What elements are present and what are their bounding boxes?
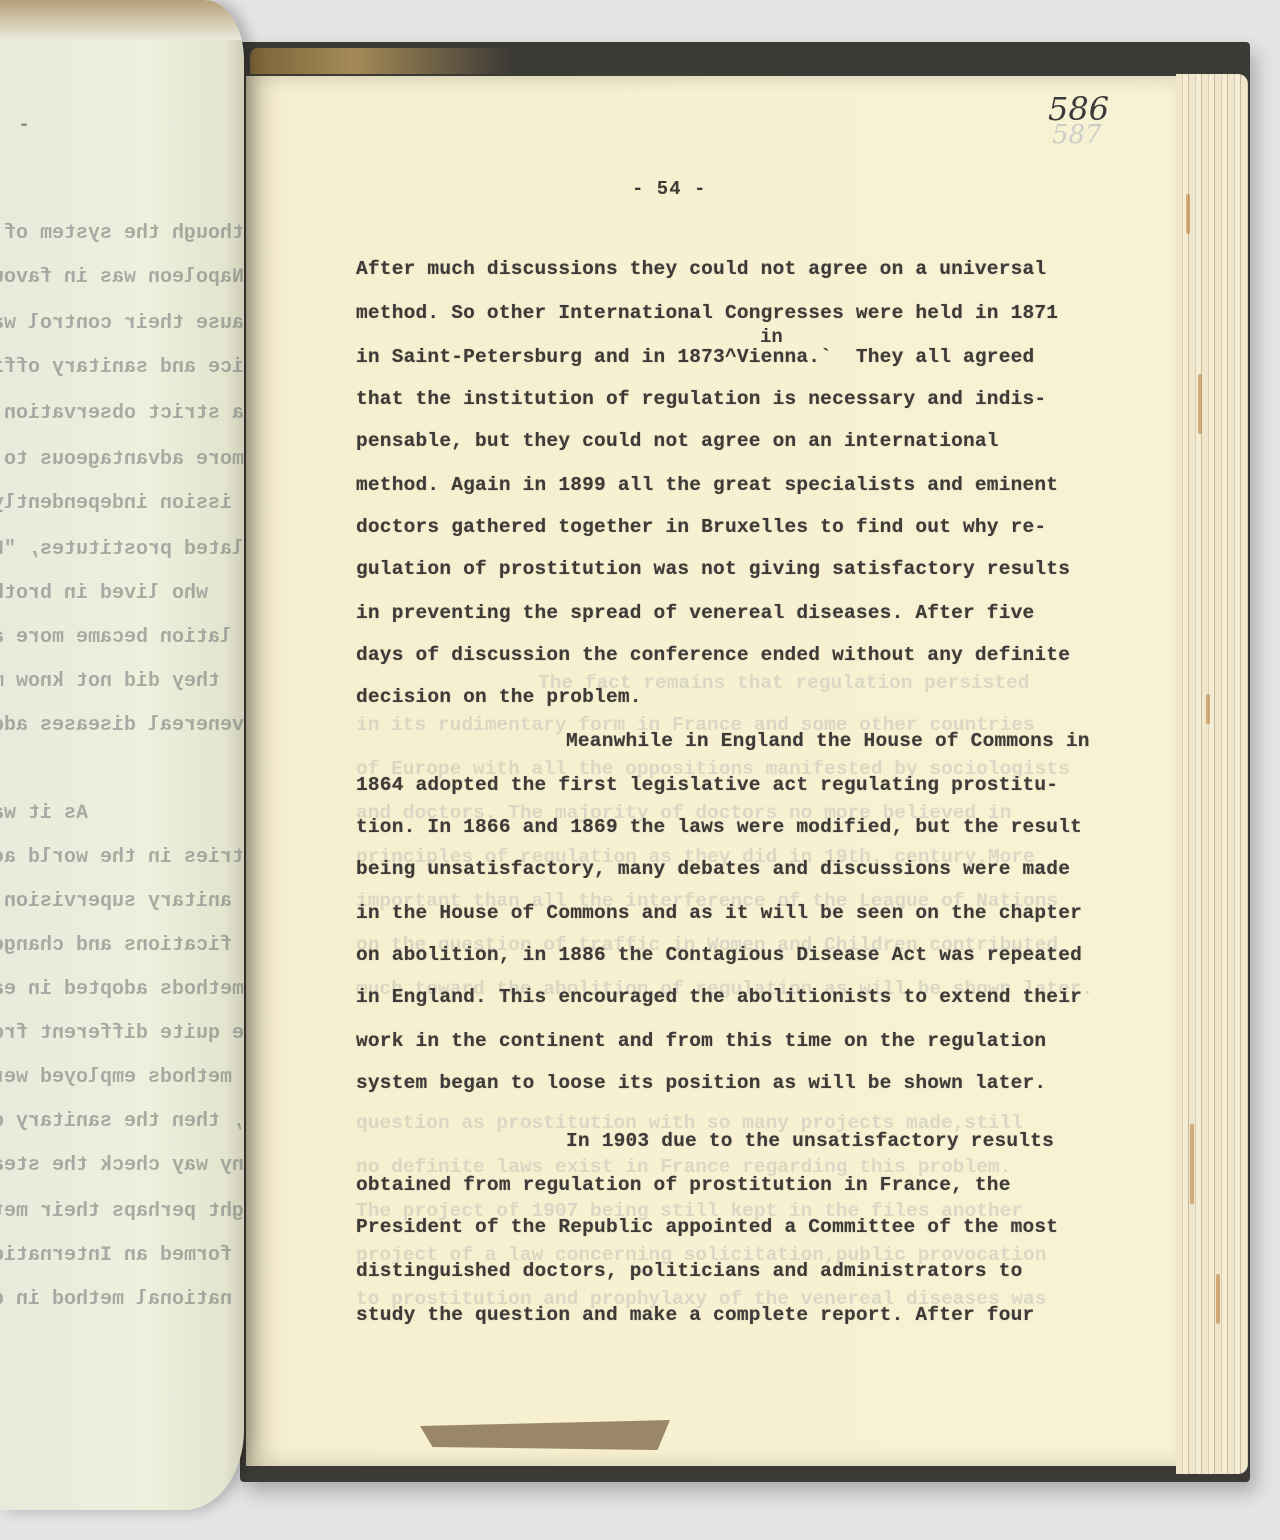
text-line: in Saint-Petersburg and in 1873^Vienna.`… (356, 346, 1034, 368)
text-line: on abolition, in 1886 the Contagious Dis… (356, 944, 1082, 966)
text-line: After much discussions they could not ag… (356, 258, 1046, 280)
text-line: tion. In 1866 and 1869 the laws were mod… (356, 816, 1082, 838)
text-line: in England. This encouraged the abolitio… (356, 986, 1082, 1008)
text-line: method. Again in 1899 all the great spec… (356, 474, 1058, 496)
text-line: pensable, but they could not agree on an… (356, 430, 999, 452)
text-line: distinguished doctors, politicians and a… (356, 1260, 1023, 1282)
torn-binding-top (250, 48, 510, 74)
text-line: work in the continent and from this time… (356, 1030, 1046, 1052)
left-page-top-edge (0, 0, 244, 40)
text-line: method. So other International Congresse… (356, 302, 1058, 324)
text-line: decision on the problem. (356, 686, 642, 708)
left-page: - though the system of " Napoleon was in… (0, 0, 244, 1510)
text-line: In 1903 due to the unsatisfactory result… (566, 1130, 1054, 1152)
text-line: study the question and make a complete r… (356, 1304, 1034, 1326)
text-line: that the institution of regulation is ne… (356, 388, 1046, 410)
text-line: obtained from regulation of prostitution… (356, 1174, 1011, 1196)
left-page-dash: - (18, 114, 30, 137)
typed-page-number: - 54 - (632, 178, 706, 200)
text-line: Meanwhile in England the House of Common… (566, 730, 1090, 752)
text-line: in preventing the spread of venereal dis… (356, 602, 1034, 624)
text-line: 1864 adopted the first legislative act r… (356, 774, 1058, 796)
text-line: doctors gathered together in Bruxelles t… (356, 516, 1046, 538)
text-line: gulation of prostitution was not giving … (356, 558, 1070, 580)
text-line: system began to loose its position as wi… (356, 1072, 1046, 1094)
text-line: being unsatisfactory, many debates and d… (356, 858, 1070, 880)
ghost-folio-number: 587 (1052, 120, 1102, 150)
interlinear-insertion: in (760, 326, 783, 348)
text-line: President of the Republic appointed a Co… (356, 1216, 1058, 1238)
page-stack-fore-edge (1176, 74, 1248, 1474)
text-line: days of discussion the conference ended … (356, 644, 1070, 666)
text-line: in the House of Commons and as it will b… (356, 902, 1082, 924)
